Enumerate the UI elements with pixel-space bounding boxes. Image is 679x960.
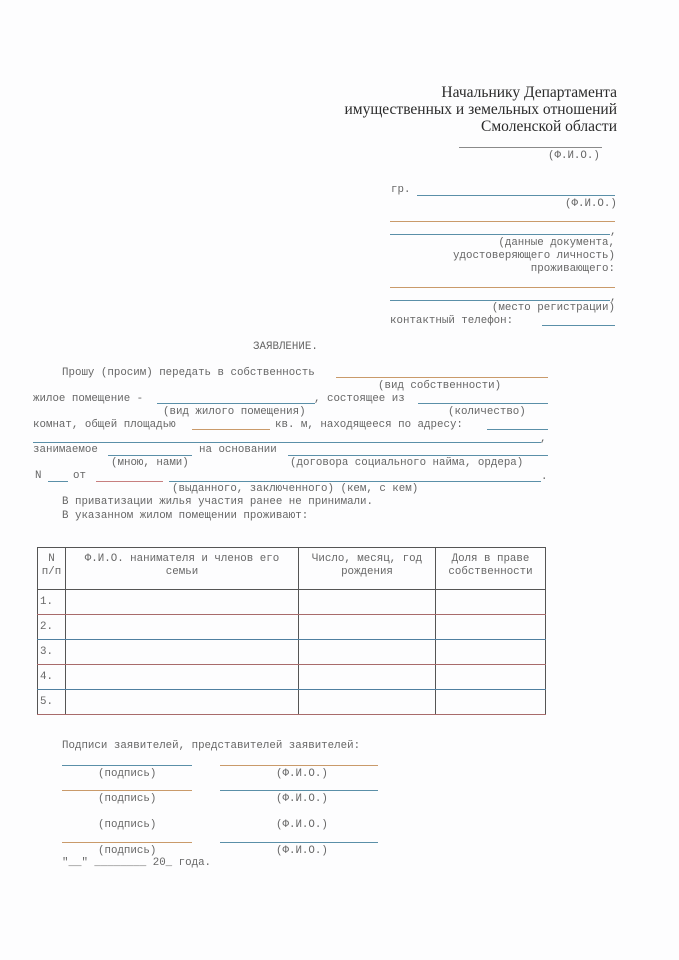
residents-table-header: N п/п Ф.И.О. нанимателя и членов его сем…: [38, 548, 546, 590]
residents-table: N п/п Ф.И.О. нанимателя и членов его сем…: [37, 547, 546, 715]
premises-label: жилое помещение -: [33, 393, 143, 405]
identity-doc-field-2[interactable]: [390, 234, 610, 235]
residing-label: проживающего:: [390, 263, 615, 275]
address-field-2[interactable]: [33, 442, 541, 443]
addressee-fio-field[interactable]: [459, 147, 602, 148]
document-number-field[interactable]: [48, 481, 68, 482]
premises-type-caption: (вид жилого помещения): [163, 406, 306, 418]
phone-label: контактный телефон:: [390, 315, 513, 327]
table-row: 3.: [38, 640, 546, 665]
header-number: N п/п: [38, 548, 66, 590]
from-label: от: [73, 470, 86, 482]
signature-field-1[interactable]: [62, 765, 192, 766]
address-field-1[interactable]: [487, 429, 548, 430]
request-text: Прошу (просим) передать в собственность: [62, 367, 315, 379]
basis-document-field[interactable]: [288, 455, 548, 456]
applicant-fio-field[interactable]: [417, 195, 615, 196]
addressee-line-1: Начальнику Департамента: [330, 84, 617, 101]
share-cell[interactable]: [436, 640, 546, 665]
address-comma: ,: [540, 433, 546, 445]
no-privatization-statement: В приватизации жилья участия ранее не пр…: [62, 496, 373, 508]
consisting-of-text: , состоящее из: [314, 393, 405, 405]
birthdate-cell[interactable]: [299, 690, 436, 715]
signature-caption-3: (подпись): [98, 819, 156, 831]
registration-field-1[interactable]: [390, 287, 615, 288]
birthdate-cell[interactable]: [299, 590, 436, 615]
signature-caption-1: (подпись): [98, 768, 156, 780]
header-birthdate: Число, месяц, год рождения: [299, 548, 436, 590]
number-label: N: [35, 470, 41, 482]
registration-caption: (место регистрации): [390, 302, 615, 314]
fio-cell[interactable]: [66, 640, 299, 665]
signer-fio-caption-1: (Ф.И.О.): [276, 768, 328, 780]
share-cell[interactable]: [436, 590, 546, 615]
birthdate-cell[interactable]: [299, 640, 436, 665]
signature-field-2[interactable]: [62, 790, 192, 791]
occupant-field[interactable]: [108, 455, 192, 456]
fio-cell[interactable]: [66, 615, 299, 640]
fio-cell[interactable]: [66, 665, 299, 690]
date-line[interactable]: "__" ________ 20_ года.: [62, 857, 211, 869]
signer-fio-field-4[interactable]: [220, 842, 378, 843]
application-form-page: Начальнику Департамента имущественных и …: [0, 0, 679, 960]
birthdate-cell[interactable]: [299, 665, 436, 690]
contract-caption: (договора социального найма, ордера): [290, 457, 523, 469]
premises-type-field[interactable]: [157, 403, 315, 404]
issued-by-field[interactable]: [169, 481, 541, 482]
row-number: 5.: [38, 690, 66, 715]
quantity-caption: (количество): [448, 406, 526, 418]
issued-period: .: [541, 471, 547, 483]
row-number: 4.: [38, 665, 66, 690]
share-cell[interactable]: [436, 665, 546, 690]
identity-doc-caption-2: удостоверяющего личность): [390, 250, 615, 262]
phone-field[interactable]: [542, 325, 615, 326]
table-row: 5.: [38, 690, 546, 715]
applicant-fio-caption: (Ф.И.О.): [565, 198, 617, 210]
rooms-area-text: комнат, общей площадью: [33, 419, 176, 431]
identity-doc-caption-1: (данные документа,: [390, 237, 615, 249]
document-date-field[interactable]: [96, 481, 163, 482]
table-row: 4.: [38, 665, 546, 690]
ownership-type-caption: (вид собственности): [378, 380, 501, 392]
ownership-type-field[interactable]: [336, 377, 548, 378]
fio-cell[interactable]: [66, 690, 299, 715]
addressee-fio-caption: (Ф.И.О.): [548, 150, 600, 162]
signer-fio-caption-4: (Ф.И.О.): [276, 845, 328, 857]
identity-doc-field-1[interactable]: [390, 221, 615, 222]
on-basis-text: на основании: [199, 444, 277, 456]
total-area-field[interactable]: [192, 429, 270, 430]
header-ownership-share: Доля в праве собственности: [436, 548, 546, 590]
row-number: 2.: [38, 615, 66, 640]
share-cell[interactable]: [436, 690, 546, 715]
occupied-text: занимаемое: [33, 444, 98, 456]
applicant-prefix: гр.: [391, 184, 410, 196]
document-title: ЗАЯВЛЕНИЕ.: [253, 341, 318, 353]
signer-fio-caption-3: (Ф.И.О.): [276, 819, 328, 831]
signer-fio-caption-2: (Ф.И.О.): [276, 793, 328, 805]
addressee-block: Начальнику Департамента имущественных и …: [330, 84, 617, 135]
residents-intro: В указанном жилом помещении проживают:: [62, 510, 308, 522]
signatures-heading: Подписи заявителей, представителей заяви…: [62, 740, 360, 752]
signer-fio-field-1[interactable]: [220, 765, 378, 766]
occupant-caption: (мною, нами): [111, 457, 189, 469]
table-row: 1.: [38, 590, 546, 615]
signer-fio-field-2[interactable]: [220, 790, 378, 791]
room-quantity-field[interactable]: [418, 403, 548, 404]
addressee-line-2: имущественных и земельных отношений: [330, 101, 617, 118]
row-number: 1.: [38, 590, 66, 615]
registration-field-2[interactable]: [390, 300, 610, 301]
addressee-line-3: Смоленской области: [330, 118, 617, 135]
issued-caption: (выданного, заключенного) (кем, с кем): [172, 483, 418, 495]
table-row: 2.: [38, 615, 546, 640]
birthdate-cell[interactable]: [299, 615, 436, 640]
signature-field-4[interactable]: [62, 842, 192, 843]
header-fio: Ф.И.О. нанимателя и членов его семьи: [66, 548, 299, 590]
row-number: 3.: [38, 640, 66, 665]
sqm-address-text: кв. м, находящееся по адресу:: [275, 419, 463, 431]
signature-caption-4: (подпись): [98, 845, 156, 857]
signature-caption-2: (подпись): [98, 793, 156, 805]
fio-cell[interactable]: [66, 590, 299, 615]
share-cell[interactable]: [436, 615, 546, 640]
